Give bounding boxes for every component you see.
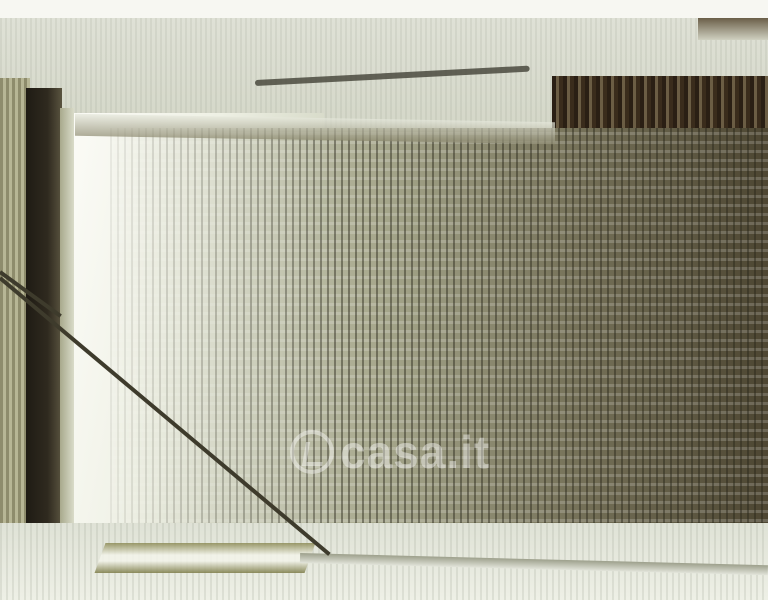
- watermark-text: casa.it: [340, 425, 490, 479]
- room-scene: [0, 18, 768, 600]
- room-photo: casa.it: [0, 0, 768, 600]
- watermark: casa.it: [290, 425, 490, 479]
- textured-wall: [110, 128, 768, 558]
- ceiling-corner: [698, 18, 768, 40]
- casa-logo-icon: [290, 430, 334, 474]
- floor-threshold: [95, 543, 316, 573]
